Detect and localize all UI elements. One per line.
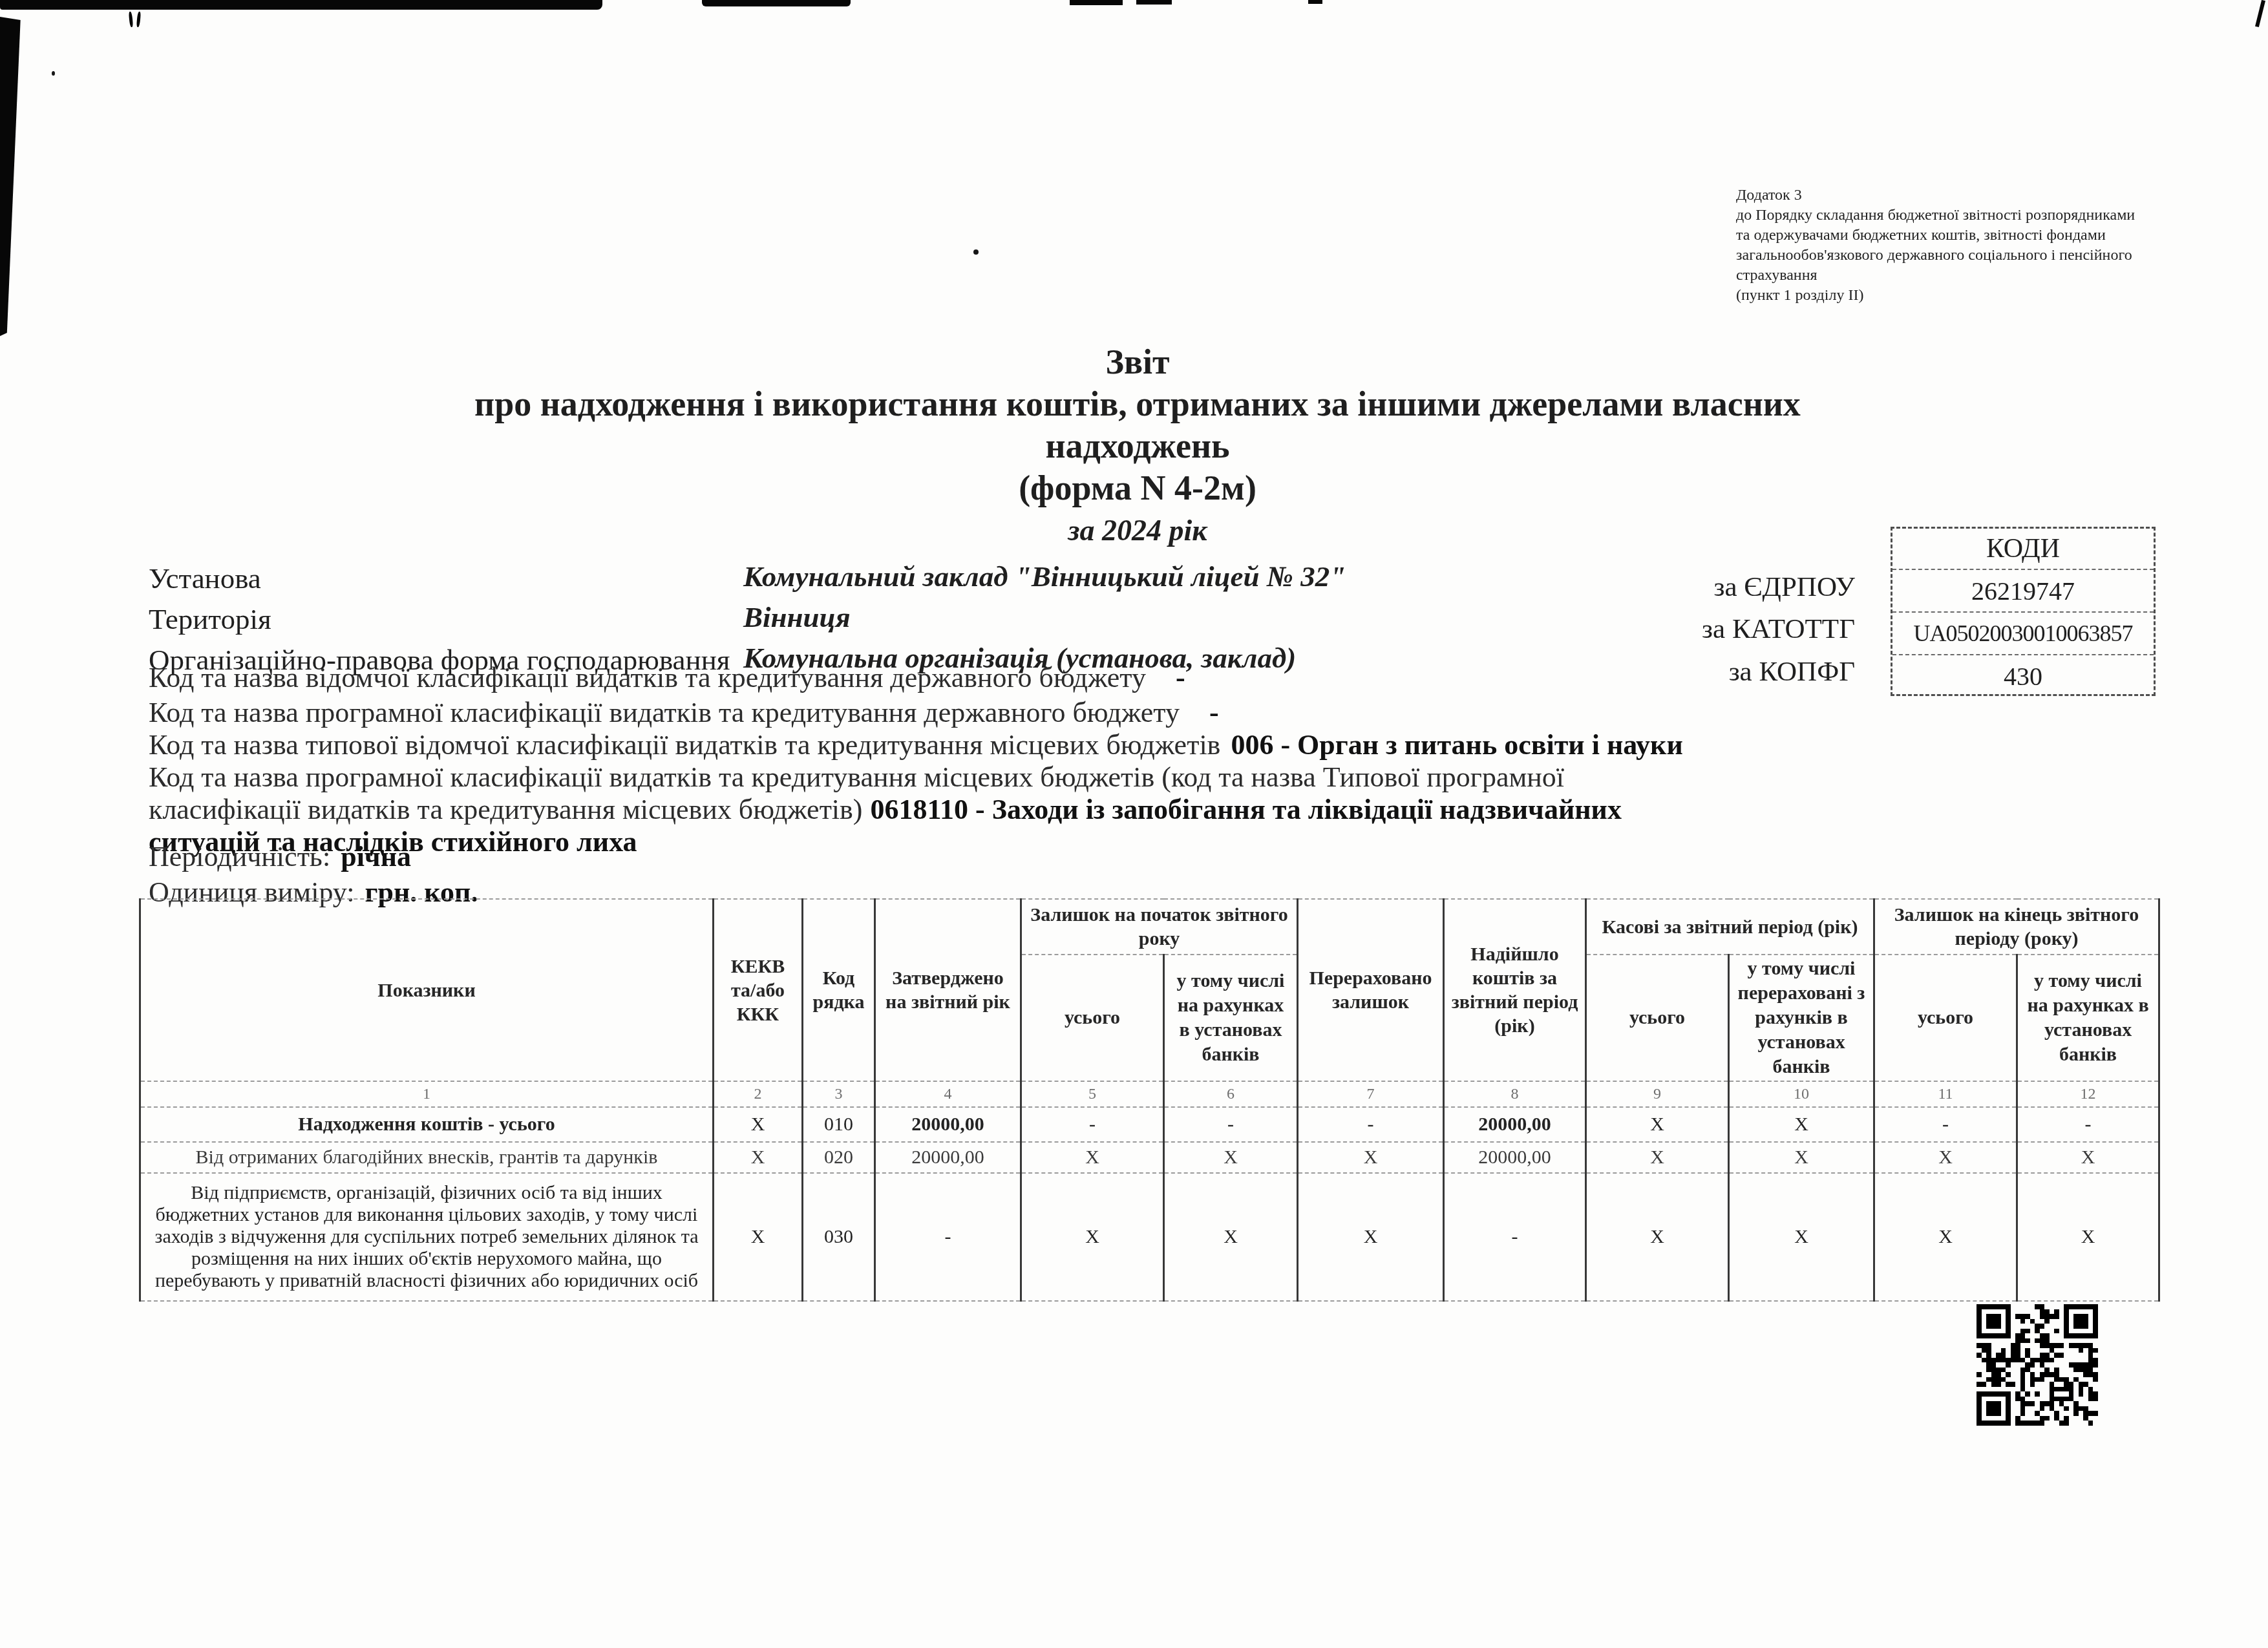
annex-line: Додаток 3 (1736, 185, 2239, 206)
th-cash-group: Касові за звітний період (рік) (1586, 899, 1874, 955)
cell: 010 (803, 1107, 875, 1142)
edrpou-value: 26219747 (1892, 570, 2154, 613)
col-number: 7 (1298, 1081, 1444, 1107)
qr-code-image (1977, 1304, 2098, 1426)
th-indicators: Показники (140, 899, 714, 1081)
cell: X (1586, 1107, 1729, 1142)
classification-line-2: Код та назва програмної класифікації вид… (149, 696, 1219, 729)
cell: 020 (803, 1142, 875, 1173)
th-cash-banks: у тому числі перераховані з рахунків в у… (1729, 955, 1874, 1081)
th-balance-start-banks: у тому числі на рахунках в установах бан… (1164, 955, 1298, 1081)
th-approved: Затверджено на звітний рік (875, 899, 1021, 1081)
title-line: Звіт (362, 341, 1913, 383)
report-title: Звіт про надходження і використання кошт… (362, 341, 1913, 551)
th-balance-end-total: усього (1874, 955, 2017, 1081)
annex-line: (пункт 1 розділу ІІ) (1736, 286, 2239, 306)
cell: X (2017, 1173, 2159, 1301)
periodicity-value: річна (341, 841, 411, 872)
cell: X (714, 1142, 803, 1173)
cell: X (714, 1173, 803, 1301)
col-number: 1 (140, 1081, 714, 1107)
title-line: надходжень (362, 425, 1913, 467)
cell: X (1586, 1142, 1729, 1173)
th-balance-start-total: усього (1021, 955, 1164, 1081)
qr-code (1977, 1304, 2098, 1426)
th-kekv: КЕКВ та/або ККК (714, 899, 803, 1081)
col-number: 2 (714, 1081, 803, 1107)
cell: X (1298, 1142, 1444, 1173)
classification-label: Код та назва відомчої класифікації видат… (149, 662, 1146, 693)
th-cash-total: усього (1586, 955, 1729, 1081)
cell: - (1874, 1107, 2017, 1142)
cell: 20000,00 (1444, 1107, 1586, 1142)
th-balance-end-banks: у тому числі на рахунках в установах бан… (2017, 955, 2159, 1081)
row-indicator: Від отриманих благодійних внесків, грант… (140, 1142, 714, 1173)
annex-line: загальнообов'язкового державного соціаль… (1736, 246, 2239, 266)
institution-value: Комунальний заклад "Вінницький ліцей № 3… (743, 560, 1346, 593)
row-indicator: Надходження коштів - усього (140, 1107, 714, 1142)
col-number: 3 (803, 1081, 875, 1107)
title-period: за 2024 рік (362, 509, 1913, 551)
scanned-report-page: Додаток 3 до Порядку складання бюджетної… (0, 0, 2268, 1648)
codes-header: КОДИ (1892, 529, 2154, 570)
kopfg-value: 430 (1892, 655, 2154, 697)
scan-artifact-dot (973, 249, 979, 255)
col-number: 6 (1164, 1081, 1298, 1107)
katottg-label: за КАТОТТГ (1642, 613, 1855, 645)
th-balance-end-group: Залишок на кінець звітного періоду (року… (1874, 899, 2159, 955)
scan-artifact-corner (2255, 0, 2265, 27)
cell: X (1729, 1173, 1874, 1301)
classification-label: Код та назва типової відомчої класифікац… (149, 729, 1220, 761)
classification-value: 006 - Орган з питань освіти і науки (1231, 729, 1682, 761)
cell: - (875, 1173, 1021, 1301)
cell: 20000,00 (875, 1142, 1021, 1173)
th-balance-start-group: Залишок на початок звітного року (1021, 899, 1298, 955)
cell: X (1021, 1142, 1164, 1173)
classification-line-3: Код та назва типової відомчої класифікац… (149, 728, 1683, 761)
classification-value: - (1209, 697, 1219, 728)
cell: 20000,00 (875, 1107, 1021, 1142)
scan-artifact-dot (52, 71, 55, 76)
scan-artifact-top-band (702, 0, 851, 6)
cell: X (1164, 1142, 1298, 1173)
periodicity-line: Періодичність:річна (149, 840, 411, 873)
katottg-value: UA05020030010063857 (1892, 613, 2154, 655)
annex-note: Додаток 3 до Порядку складання бюджетної… (1736, 185, 2239, 306)
cell: X (714, 1107, 803, 1142)
cell: X (1021, 1173, 1164, 1301)
classification-label: Код та назва програмної класифікації вид… (149, 697, 1180, 728)
col-number: 5 (1021, 1081, 1164, 1107)
classification-line-1: Код та назва відомчої класифікації видат… (149, 661, 1185, 694)
annex-line: страхування (1736, 266, 2239, 286)
institution-label: Установа (149, 562, 261, 595)
th-received: Надійшло коштів за звітний період (рік) (1444, 899, 1586, 1081)
annex-line: та одержувачами бюджетних коштів, звітно… (1736, 226, 2239, 246)
title-form-number: (форма N 4-2м) (362, 467, 1913, 509)
col-number: 9 (1586, 1081, 1729, 1107)
col-number: 10 (1729, 1081, 1874, 1107)
row-indicator: Від підприємств, організацій, фізичних о… (140, 1173, 714, 1301)
col-number: 4 (875, 1081, 1021, 1107)
cell: - (2017, 1107, 2159, 1142)
annex-line: до Порядку складання бюджетної звітності… (1736, 206, 2239, 226)
scan-artifact-top-band (1308, 0, 1322, 4)
cell: - (1164, 1107, 1298, 1142)
col-number: 11 (1874, 1081, 2017, 1107)
scan-artifact-mark (128, 12, 145, 28)
cell: X (2017, 1142, 2159, 1173)
col-number: 12 (2017, 1081, 2159, 1107)
territory-label: Територія (149, 602, 271, 636)
cell: X (1164, 1173, 1298, 1301)
scan-artifact-top-band (1136, 0, 1172, 5)
periodicity-label: Періодичність: (149, 841, 330, 872)
cell: X (1729, 1142, 1874, 1173)
cell: - (1298, 1107, 1444, 1142)
cell: - (1444, 1173, 1586, 1301)
territory-value: Вінниця (743, 600, 851, 634)
cell: 030 (803, 1173, 875, 1301)
th-transferred: Перераховано залишок (1298, 899, 1444, 1081)
codes-box: КОДИ 26219747 UA05020030010063857 430 (1891, 527, 2156, 696)
th-row-code: Код рядка (803, 899, 875, 1081)
scan-artifact-top-band (0, 0, 602, 10)
cell: - (1021, 1107, 1164, 1142)
col-number: 8 (1444, 1081, 1586, 1107)
cell: 20000,00 (1444, 1142, 1586, 1173)
scan-artifact-top-band (1070, 0, 1123, 5)
cell: X (1874, 1142, 2017, 1173)
title-line: про надходження і використання коштів, о… (362, 383, 1913, 425)
cell: X (1874, 1173, 2017, 1301)
edrpou-label: за ЄДРПОУ (1642, 571, 1855, 603)
scan-artifact-left-edge (0, 17, 23, 336)
report-table: Показники КЕКВ та/або ККК Код рядка Затв… (139, 898, 2160, 1302)
kopfg-label: за КОПФГ (1642, 656, 1855, 688)
classification-value: - (1176, 662, 1185, 693)
cell: X (1729, 1107, 1874, 1142)
cell: X (1586, 1173, 1729, 1301)
cell: X (1298, 1173, 1444, 1301)
